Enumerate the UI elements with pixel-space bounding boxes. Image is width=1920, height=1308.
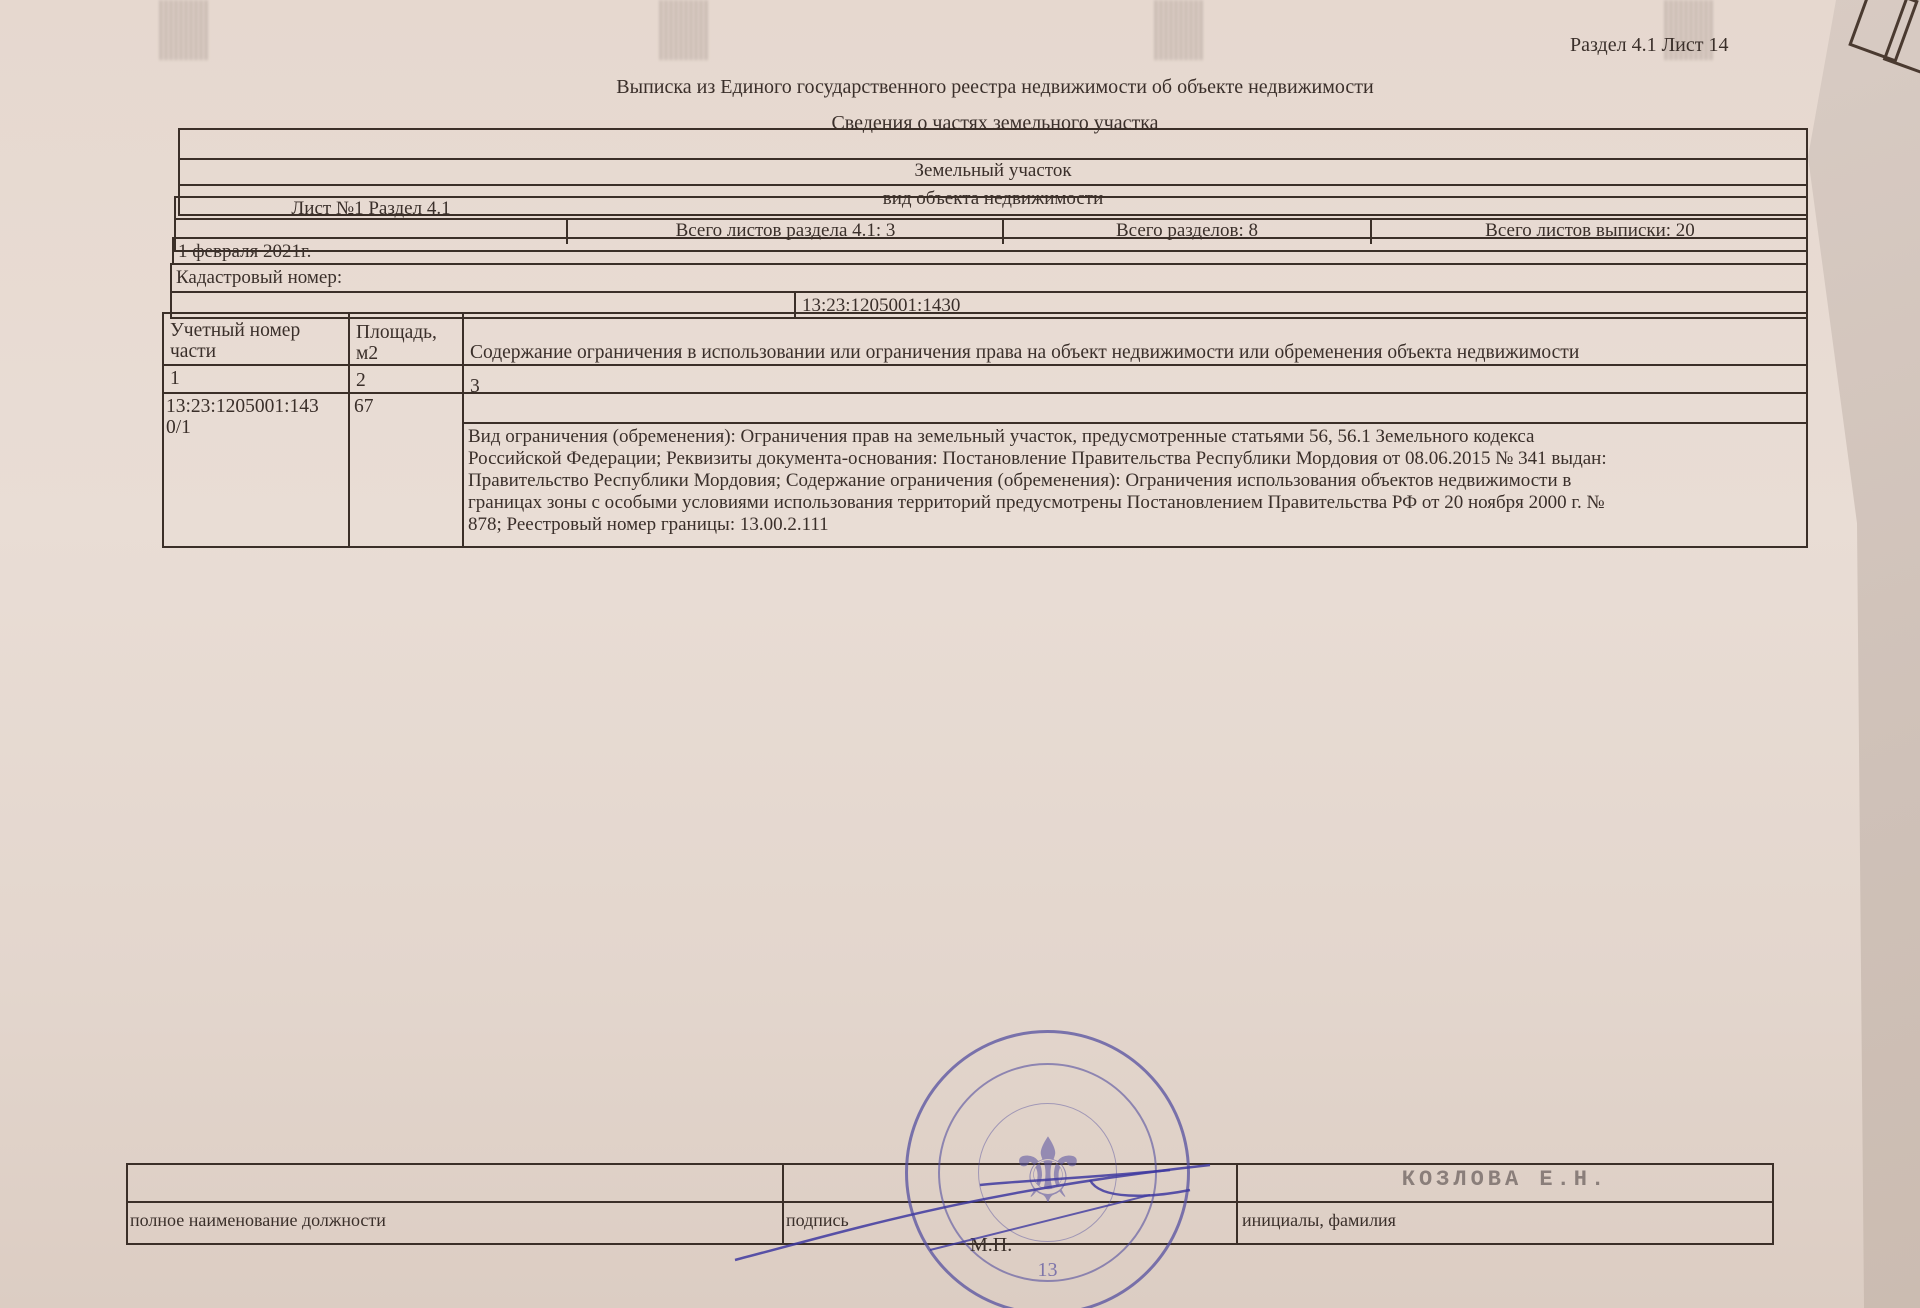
content-line: 878; Реестровый номер границы: 13.00.2.1… <box>468 514 1607 536</box>
header-content: Содержание ограничения в использовании и… <box>470 342 1579 363</box>
document-title: Выписка из Единого государственного реес… <box>400 76 1590 98</box>
header-area-line: м2 <box>356 343 437 364</box>
column-number: 2 <box>356 370 366 391</box>
cadastral-row: Кадастровый номер: 13:23:1205001:1430 <box>170 263 1808 319</box>
sheet-label: Лист №1 Раздел 4.1 <box>176 198 566 220</box>
header-part-number-line: Учетный номер <box>170 320 300 341</box>
content-line: границах зоны с особыми условиями исполь… <box>468 492 1607 514</box>
print-bleed-mark <box>660 0 710 60</box>
divider <box>180 184 1806 186</box>
official-name-stamp: КОЗЛОВА Е.Н. <box>1238 1169 1772 1191</box>
column-divider <box>462 314 464 546</box>
content-line: Правительство Республики Мордовия; Содер… <box>468 470 1607 492</box>
divider <box>176 218 1806 220</box>
date-row: 1 февраля 2021г. <box>172 237 1808 265</box>
column-divider <box>348 314 350 546</box>
column-number: 3 <box>470 376 480 397</box>
content-line: Российской Федерации; Реквизиты документ… <box>468 448 1607 470</box>
blank-row <box>178 128 1808 160</box>
part-number-line: 0/1 <box>166 417 319 438</box>
page-header: Раздел 4.1 Лист 14 <box>1570 34 1728 56</box>
row-divider <box>462 422 1806 424</box>
row-divider <box>164 364 1806 366</box>
content-line: Вид ограничения (обременения): Ограничен… <box>468 426 1607 448</box>
divider <box>172 291 1806 293</box>
position-caption: полное наименование должности <box>130 1209 386 1231</box>
cadastral-label: Кадастровый номер: <box>176 267 342 289</box>
header-part-number-line: части <box>170 341 300 362</box>
print-bleed-mark <box>1155 0 1205 60</box>
header-area: Площадь, м2 <box>356 322 437 364</box>
handwritten-signature <box>730 1150 1230 1270</box>
column-number: 1 <box>170 368 180 389</box>
object-type-value: Земельный участок <box>180 160 1806 182</box>
part-number-cell: 13:23:1205001:143 0/1 <box>166 396 319 438</box>
row-divider <box>164 392 1806 394</box>
print-bleed-mark <box>160 0 210 60</box>
header-area-line: Площадь, <box>356 322 437 343</box>
name-caption: инициалы, фамилия <box>1242 1209 1396 1231</box>
parts-table: Учетный номер части Площадь, м2 Содержан… <box>162 312 1808 548</box>
content-cell: Вид ограничения (обременения): Ограничен… <box>468 426 1607 536</box>
extract-date: 1 февраля 2021г. <box>178 241 311 263</box>
header-part-number: Учетный номер части <box>170 320 300 362</box>
area-cell: 67 <box>354 396 374 417</box>
part-number-line: 13:23:1205001:143 <box>166 396 319 417</box>
